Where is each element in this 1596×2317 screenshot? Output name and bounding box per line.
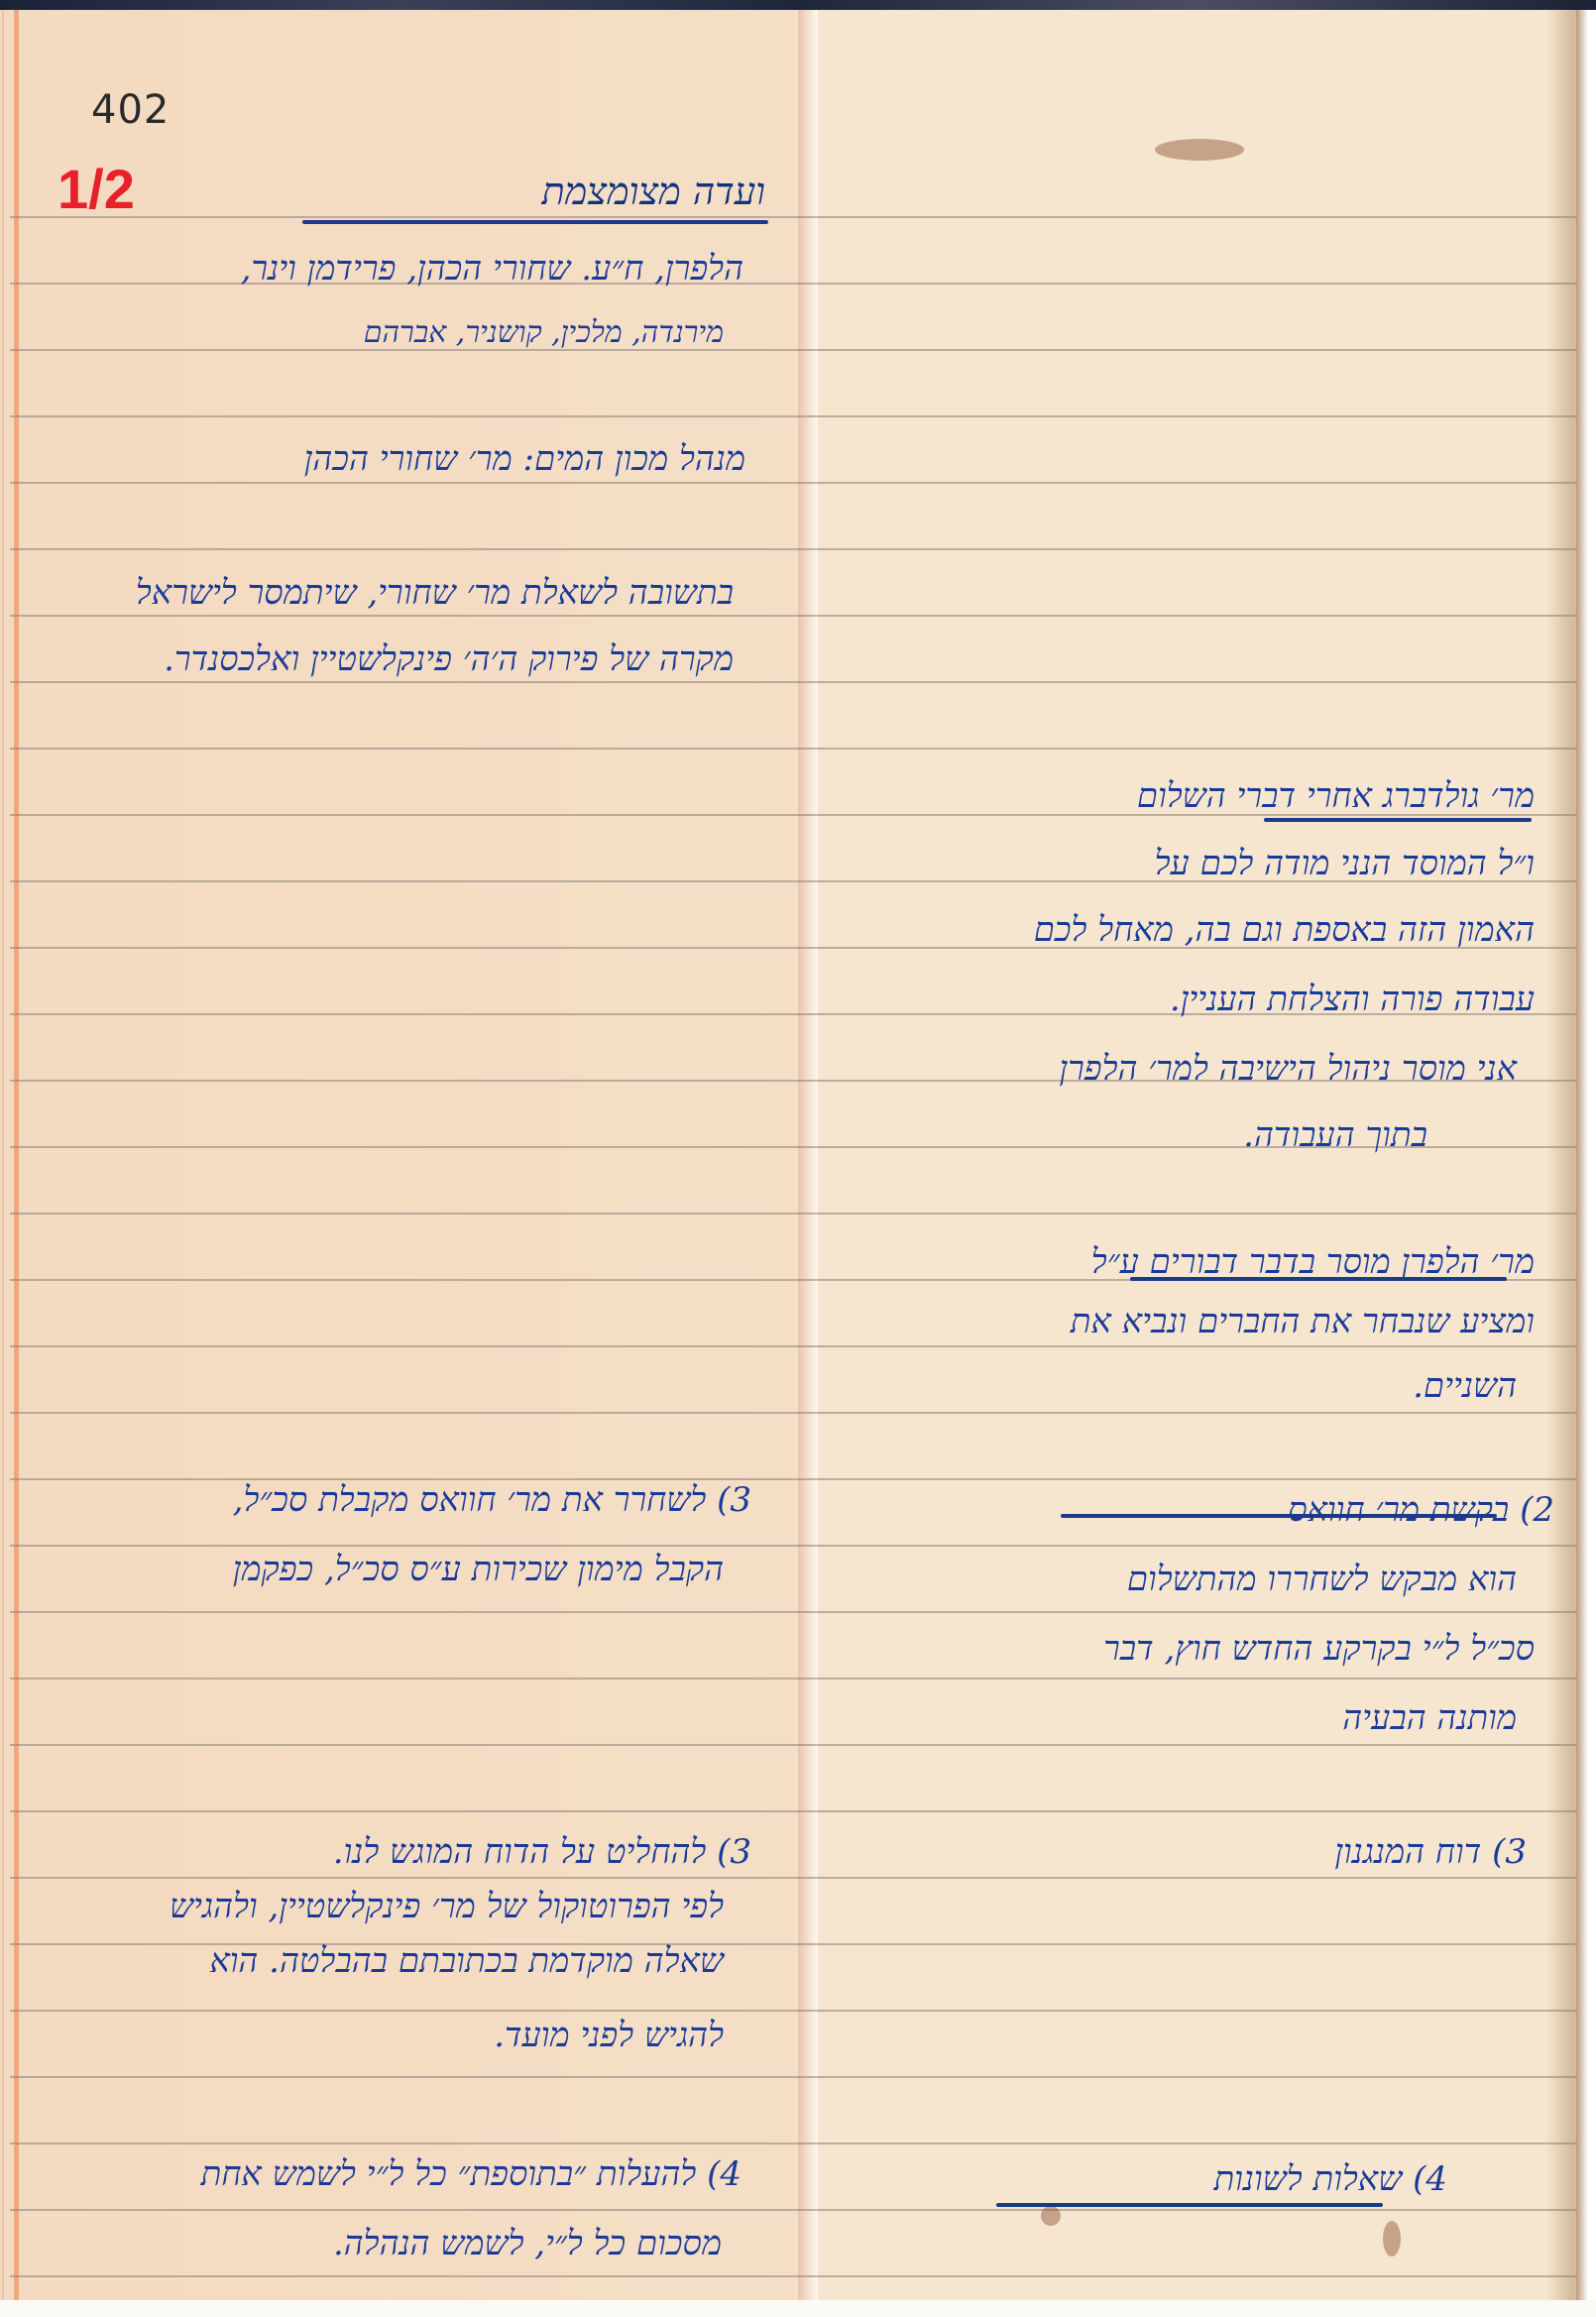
item4-line-2: מסכום כל ל״י, לשמש הנהלה. — [333, 2211, 722, 2277]
part-label: 1/2 — [57, 157, 135, 221]
ruled-line — [10, 1810, 1576, 1812]
ruled-line — [10, 748, 1576, 750]
ruled-line — [10, 349, 1576, 351]
scan-border-bottom — [0, 2300, 1596, 2317]
block2-line-1: מר׳ הלפרן מוסר בדבר דבורים ע״ל — [1091, 1229, 1535, 1296]
ruled-line — [10, 1412, 1576, 1414]
block1-line-2: ו״ל המוסד הנני מודה לכם על — [1155, 831, 1535, 897]
block3-line-2: הוא מבקש לשחררו מהתשלום — [1127, 1547, 1517, 1613]
ruled-line — [10, 1213, 1576, 1215]
attendees-line-1: הלפרן, ח״ע. שחורי הכהן, פרידמן וינר, — [241, 236, 743, 302]
block3-line-3: סכ״ל ל״י בקרקע החדש חוץ, דבר — [1103, 1616, 1535, 1682]
block2-name-underline — [1130, 1277, 1507, 1281]
block2-line-2: ומציע שנבחר את החברים ונביא את — [1071, 1289, 1535, 1355]
stain — [1383, 2221, 1401, 2257]
item3b-line-4: להגיש לפני מועד. — [494, 2003, 724, 2069]
block1-line-5: אני מוסר ניהול הישיבה למר׳ הלפרן — [1059, 1036, 1517, 1102]
block1-name-underline — [1264, 818, 1532, 822]
ruled-line — [10, 482, 1576, 484]
block1-line-3: האמון הזה באספת וגם בה, מאחל לכם — [1034, 897, 1535, 964]
margin-line — [14, 10, 19, 2307]
block3-line-4: מותנה הבעיה — [1342, 1685, 1517, 1752]
item3b-line-3: שאלה מוקדמת בכתובתם בהבלטה. הוא — [209, 1928, 724, 1995]
heading-underline — [302, 220, 768, 224]
ruled-line — [10, 1744, 1576, 1746]
block1-line-4: עבודה פורה והצלחת העניין. — [1170, 967, 1535, 1033]
heading-small-committee: ועדה מצומצמת — [542, 159, 765, 225]
item4-line-1: 4) להעלות ״בתוספת״ כל ל״י לשמש אחת — [201, 2142, 741, 2208]
note-line-1: בתשובה לשאלת מר׳ שחורי, שיתמסר לישראל — [136, 560, 734, 627]
note-line-2: מקרה של פירוק ה׳ה׳ פינקלשטיין ואלכסנדר. — [164, 627, 734, 693]
item3-line-1: 3) לשחרר את מר׳ חוואס מקבלת סכ״ל, — [233, 1467, 751, 1534]
page-edge — [1576, 10, 1596, 2307]
ruled-line — [10, 415, 1576, 417]
ruled-line — [10, 2275, 1576, 2277]
stain — [1041, 2206, 1061, 2226]
page-number: 402 — [91, 87, 170, 133]
block1-line-6: בתוך העבודה. — [1243, 1102, 1427, 1169]
item3-line-2: הקבל מימון שכירות ע״ס סכ״ל, כפקמן — [233, 1537, 724, 1603]
ruled-line — [10, 548, 1576, 550]
margin-line-outer — [2, 10, 4, 2307]
block3-underline — [1061, 1514, 1497, 1518]
block3-line-1: 2) בקשת מר׳ חוואס — [1288, 1477, 1554, 1544]
block5-underline — [996, 2203, 1383, 2207]
page-fold — [798, 10, 818, 2307]
stain — [1155, 139, 1244, 161]
ruled-line — [10, 216, 1576, 218]
ruled-line — [10, 2076, 1576, 2078]
block2-line-3: השניים. — [1413, 1353, 1517, 1420]
chair-line: מנהל מכון המים: מר׳ שחורי הכהן — [304, 426, 745, 493]
ruled-line — [10, 2010, 1576, 2012]
block4-line-1: 3) דוח המנגנון — [1334, 1819, 1527, 1886]
attendees-line-2: מירנדה, מלכין, קושניר, אברהם — [364, 299, 724, 366]
scan-border-top — [0, 0, 1596, 10]
